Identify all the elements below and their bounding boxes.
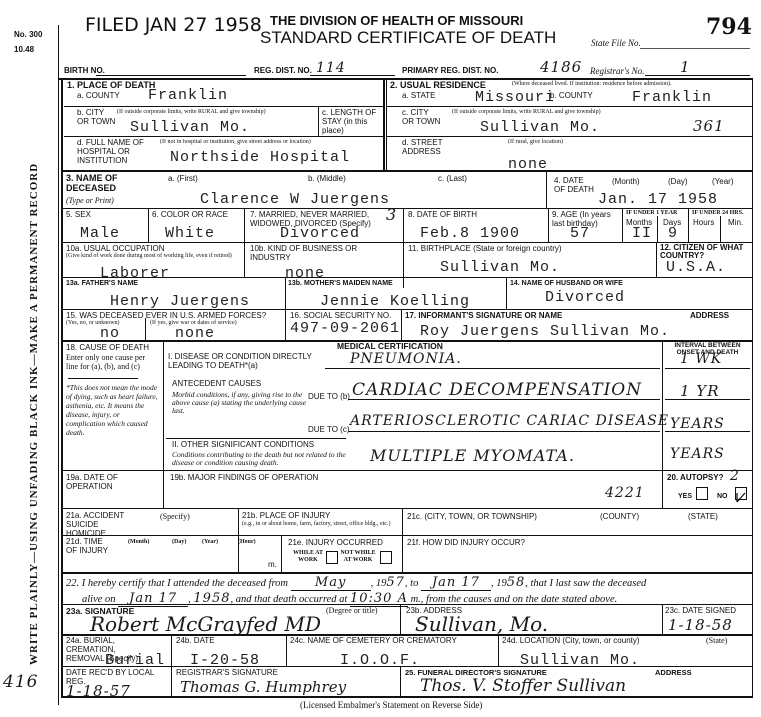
injury-time-month: (Month)	[128, 539, 149, 546]
certification-statement: 22. I hereby certify that I attended the…	[66, 575, 646, 591]
ssn-label: 16. SOCIAL SECURITY NO.	[290, 311, 391, 320]
registrar-no-label: Registrar's No.	[590, 66, 644, 76]
death-date-value: Jan. 17 1958	[598, 192, 718, 208]
registrar-signature: Thomas G. Humphrey	[180, 678, 346, 696]
death-county-label: a. COUNTY	[77, 91, 120, 100]
title-agency: THE DIVISION OF HEALTH OF MISSOURI	[270, 13, 523, 28]
burial-date-label: 24b. DATE	[176, 636, 215, 645]
form-number: No. 300	[14, 30, 42, 40]
res-street-note: (If rural, give location)	[508, 139, 563, 146]
mother-value: Jennie Koelling	[320, 294, 470, 310]
cert-text-2: , that I last saw the deceased	[525, 578, 646, 589]
other-conditions-note: Conditions contributing to the death but…	[172, 451, 352, 467]
injury-time-day: (Day)	[172, 539, 186, 546]
under-one-day-label: IF UNDER 24 HRS.	[692, 210, 743, 217]
line-c-value: ARTERIOSCLEROTIC CARIAC DISEASE	[350, 413, 669, 429]
line-a-interval: 1 WK	[680, 351, 722, 367]
under-one-year-label: IF UNDER 1 YEAR	[626, 210, 677, 217]
date-signed-value: 1-18-58	[668, 616, 733, 634]
res-state-value: Missouri	[475, 90, 555, 106]
res-city-code: 361	[693, 117, 725, 135]
death-city-note: (If outside corporate limits, write RURA…	[117, 109, 267, 116]
month-label: (Month)	[612, 177, 640, 186]
cause-footnote: *This does not mean the mode of dying, s…	[66, 383, 160, 437]
reg-dist-label: REG. DIST. NO.	[254, 66, 312, 76]
hours-label: Hours	[693, 218, 714, 227]
first-name-label: a. (First)	[168, 174, 198, 183]
armed-forces-label: 15. WAS DECEASED EVER IN U.S. ARMED FORC…	[66, 311, 266, 320]
occupation-note: (Give kind of work done during most of w…	[66, 253, 236, 260]
funeral-director-signature: Thos. V. Stoffer Sullivan	[420, 676, 626, 696]
reg-dist-value: 114	[316, 60, 346, 76]
degree-label: (Degree or title)	[326, 606, 378, 615]
primary-reg-dist-value: 4186	[540, 58, 582, 76]
marital-value: Divorced	[280, 226, 360, 242]
residence-note: (Where deceased lived. If institution: r…	[512, 81, 750, 88]
embalmer-footer: (Licensed Embalmer's Statement on Revers…	[300, 700, 482, 710]
citizen-value: U.S.A.	[666, 260, 726, 276]
autopsy-label: 20. AUTOPSY?	[667, 473, 723, 483]
side-instruction: WRITE PLAINLY—USING UNFADING BLACK INK—M…	[28, 163, 40, 665]
days-value: 9	[668, 226, 678, 242]
page-title: STANDARD CERTIFICATE OF DEATH	[260, 28, 556, 48]
spouse-value: Divorced	[545, 290, 625, 306]
cause-label: 18. CAUSE OF DEATH	[66, 343, 149, 352]
informant-label: 17. INFORMANT'S SIGNATURE OR NAME	[405, 311, 562, 321]
res-county-value: Franklin	[632, 90, 712, 106]
physician-signature: Robert McGrayfed MD	[90, 612, 321, 636]
registrar-no-value: 1	[680, 58, 691, 76]
res-county-label: b. COUNTY	[550, 91, 593, 100]
form-revision: 10.48	[14, 45, 34, 55]
cert-to-date: Jan 17	[421, 575, 491, 591]
year-label: (Year)	[712, 177, 734, 186]
place-of-death-header: 1. PLACE OF DEATH	[67, 80, 155, 90]
state-file-number: 794	[706, 14, 752, 40]
marital-code: 3	[386, 205, 397, 224]
months-value: II	[632, 226, 652, 242]
injury-type-label: 21a. ACCIDENT SUICIDE HOMICIDE	[66, 511, 136, 538]
injury-occurred-label: 21e. INJURY OCCURRED	[288, 538, 383, 547]
dob-label: 8. DATE OF BIRTH	[408, 210, 477, 219]
injury-place-label: 21b. PLACE OF INJURY	[242, 511, 330, 520]
death-city-value: Sullivan Mo.	[130, 120, 250, 136]
injury-state-label: (STATE)	[688, 512, 718, 521]
business-label: 10b. KIND OF BUSINESS OR INDUSTRY	[250, 244, 400, 262]
deceased-name-value: Clarence W Juergens	[200, 192, 390, 208]
race-value: White	[165, 226, 215, 242]
burial-location-label: 24d. LOCATION (City, town, or county)	[502, 636, 640, 645]
cert-comma-2: , 19	[491, 578, 507, 589]
line-a-value: PNEUMONIA.	[350, 351, 462, 367]
race-label: 6. COLOR OR RACE	[152, 210, 228, 219]
injury-time-year: (Year)	[202, 539, 218, 546]
hospital-value: Northside Hospital	[170, 150, 350, 166]
informant-value: Roy Juergens Sullivan Mo.	[420, 324, 670, 340]
other-interval: YEARS	[670, 446, 725, 462]
father-label: 13a. FATHER'S NAME	[66, 279, 138, 289]
cert-to-label: , to	[405, 578, 418, 589]
line-c-interval: YEARS	[670, 416, 725, 432]
occupation-label: 10a. USUAL OCCUPATION	[66, 244, 165, 253]
operation-date-label: 19a. DATE OF OPERATION	[66, 473, 158, 491]
mother-label: 13b. MOTHER'S MAIDEN NAME	[288, 279, 393, 289]
res-street-label: d. STREET ADDRESS	[402, 138, 462, 156]
autopsy-yes-label: YES	[678, 492, 692, 502]
filed-stamp: FILED JAN 27 1958	[85, 14, 262, 36]
injury-specify-label: (Specify)	[160, 512, 190, 521]
res-state-label: a. STATE	[402, 91, 436, 100]
informant-address-label: ADDRESS	[690, 311, 729, 321]
line-b-interval: 1 YR	[680, 382, 720, 400]
injury-city-label: 21c. (CITY, TOWN, OR TOWNSHIP)	[407, 512, 537, 521]
due-to-c-label: DUE TO (c)	[308, 425, 349, 434]
autopsy-no-checkbox[interactable]	[735, 487, 747, 500]
margin-note: 416	[3, 672, 38, 692]
hospital-label: d. FULL NAME OF HOSPITAL OR INSTITUTION	[77, 138, 157, 165]
name-label: 3. NAME OF DECEASED	[66, 173, 146, 193]
cert-to-year: 58	[507, 575, 526, 590]
injury-how-label: 21f. HOW DID INJURY OCCUR?	[407, 538, 525, 547]
operation-findings-label: 19b. MAJOR FINDINGS OF OPERATION	[170, 473, 318, 482]
min-label: Min.	[728, 218, 743, 227]
at-work-label: WHILE AT WORK	[290, 550, 326, 564]
cemetery-label: 24c. NAME OF CEMETERY OR CREMATORY	[290, 636, 457, 645]
not-at-work-label: NOT WHILE AT WORK	[338, 550, 378, 564]
age-value: 57	[570, 226, 590, 242]
death-county-value: Franklin	[148, 88, 228, 104]
sex-value: Male	[80, 226, 120, 242]
res-city-label: c. CITY OR TOWN	[402, 108, 442, 126]
registrar-signature-label: REGISTRAR'S SIGNATURE	[176, 668, 278, 677]
medical-cert-header: MEDICAL CERTIFICATION	[337, 341, 443, 351]
at-work-checkbox[interactable]	[326, 551, 338, 564]
ssn-value: 497-09-2061	[290, 321, 400, 337]
autopsy-no-label: NO	[717, 492, 728, 502]
death-city-label: b. CITY OR TOWN	[77, 108, 117, 126]
line-b-value: CARDIAC DECOMPENSATION	[352, 380, 642, 400]
physician-address: Sullivan, Mo.	[415, 612, 548, 636]
autopsy-yes-checkbox[interactable]	[696, 487, 708, 500]
middle-name-label: b. (Middle)	[308, 174, 346, 183]
spouse-label: 14. NAME OF HUSBAND OR WIFE	[510, 279, 623, 289]
citizen-label: 12. CITIZEN OF WHAT COUNTRY?	[660, 244, 750, 260]
cert-from-year: 57	[386, 575, 405, 590]
other-conditions-value: MULTIPLE MYOMATA.	[370, 446, 575, 465]
antecedent-note: Morbid conditions, if any, giving rise t…	[172, 391, 307, 415]
not-at-work-checkbox[interactable]	[380, 551, 392, 564]
injury-time-label: 21d. TIME OF INJURY	[66, 537, 116, 555]
cause-note: Enter only one cause per line for (a), (…	[66, 353, 158, 371]
name-note: (Type or Print)	[66, 196, 114, 205]
cert-comma-1: , 19	[371, 578, 387, 589]
birthplace-label: 11. BIRTHPLACE (State or foreign country…	[408, 244, 562, 253]
burial-state-label: (State)	[706, 636, 727, 645]
antecedent-label: ANTECEDENT CAUSES	[172, 379, 261, 388]
sex-label: 5. SEX	[66, 210, 91, 219]
other-conditions-label: II. OTHER SIGNIFICANT CONDITIONS	[172, 440, 314, 449]
father-value: Henry Juergens	[110, 294, 250, 310]
cert-from-date: May	[291, 575, 371, 591]
due-to-b-label: DUE TO (b)	[308, 392, 350, 401]
injury-time-m: m.	[268, 560, 277, 569]
injury-time-hour: (Hour)	[238, 539, 256, 546]
death-date-label: 4. DATE OF DEATH	[554, 176, 594, 194]
funeral-director-address-label: ADDRESS	[655, 668, 692, 678]
birthplace-value: Sullivan Mo.	[440, 260, 560, 276]
primary-reg-dist-label: PRIMARY REG. DIST. NO.	[402, 66, 498, 76]
last-name-label: c. (Last)	[438, 174, 467, 183]
res-city-value: Sullivan Mo.	[480, 120, 600, 136]
injury-place-note: (e.g., in or about home, farm, factory, …	[242, 521, 402, 528]
autopsy-code: 2	[730, 468, 740, 484]
residence-header: 2. USUAL RESIDENCE	[390, 80, 486, 90]
operation-code: 4221	[605, 485, 645, 501]
res-city-note: (If outside corporate limits, write RURA…	[452, 109, 601, 116]
hospital-note: (If not in hospital or institution, give…	[160, 139, 382, 146]
cert-text-1: 22. I hereby certify that I attended the…	[66, 578, 288, 589]
dob-value: Feb.8 1900	[420, 226, 520, 242]
injury-county-label: (COUNTY)	[600, 512, 639, 521]
day-label: (Day)	[668, 177, 688, 186]
line-a-label: I. DISEASE OR CONDITION DIRECTLY LEADING…	[168, 352, 328, 370]
length-of-stay-label: c. LENGTH OF STAY (in this place)	[322, 108, 384, 135]
state-file-label: State File No.	[591, 38, 641, 48]
date-signed-label: 23c. DATE SIGNED	[665, 606, 736, 615]
